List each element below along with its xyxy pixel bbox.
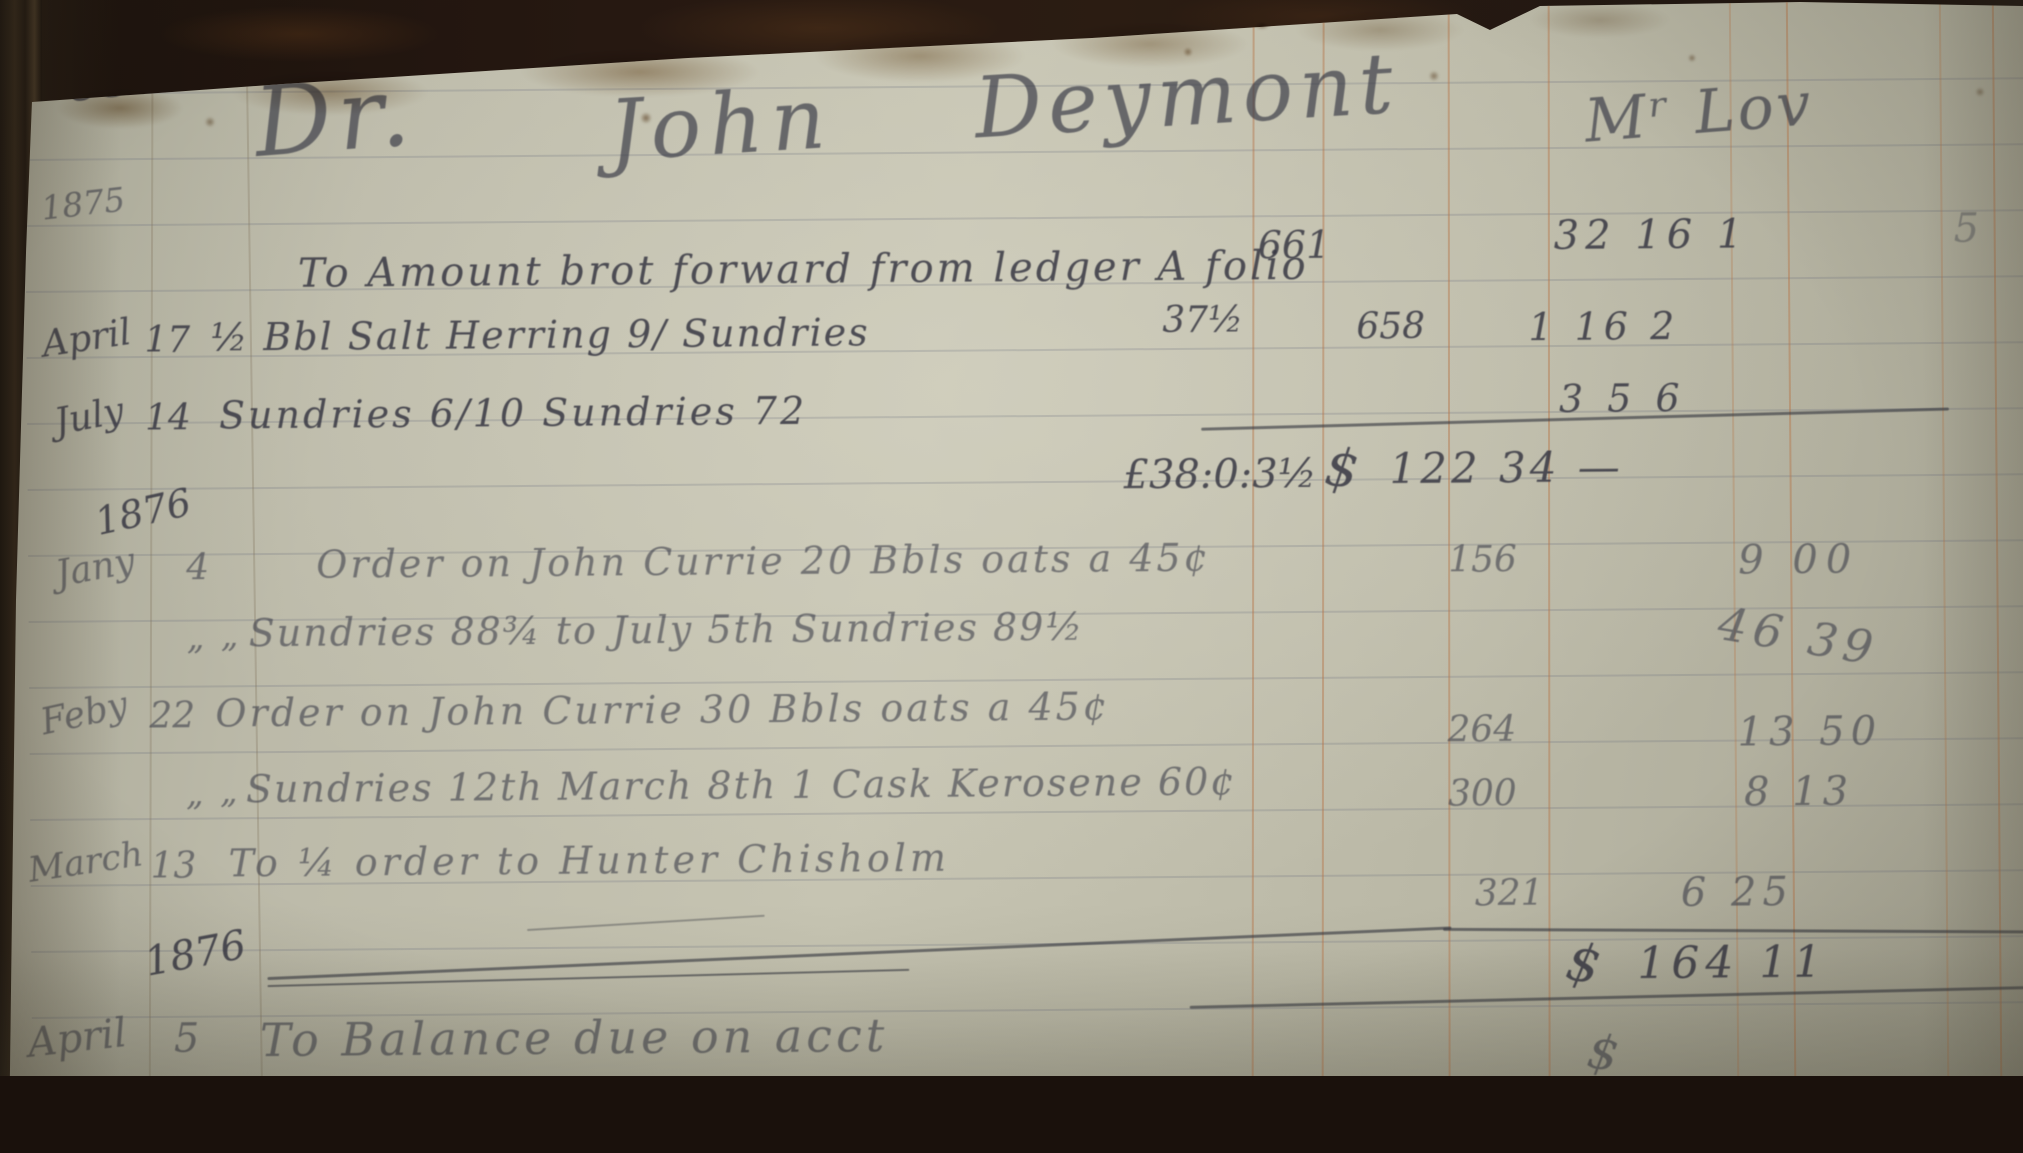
total-rule-top — [1443, 928, 2023, 934]
entry-folio: 300 — [1448, 773, 1517, 815]
entry-day: 17 — [144, 320, 190, 361]
entry-desc: Sundries 12th March 8th 1 Cask Kerosene … — [246, 759, 1237, 811]
heading-surname: Deymont — [972, 34, 1402, 157]
ruled-line — [30, 737, 2023, 755]
folio-column-rule — [1252, 0, 1255, 1076]
entry-day: 4 — [186, 548, 209, 589]
amount-column-rule — [1991, 0, 2002, 1076]
entry-month: April — [25, 1010, 129, 1067]
entry-amount: 1 16 2 — [1528, 304, 1679, 349]
amount-column-rule — [1938, 0, 1949, 1076]
entry-amount: 32 16 1 — [1553, 211, 1748, 259]
year-bottom: 1876 — [141, 922, 249, 986]
subtotal-sterling: £38:0:3½ — [1123, 451, 1316, 499]
entry-folio: 658 — [1356, 306, 1425, 348]
total-currency-sign: $ — [1561, 931, 1605, 996]
entry-amount: 13 50 — [1737, 708, 1882, 755]
entry-folio: 156 — [1448, 539, 1517, 581]
ledger-sheet: 83. 1875 1876 1876 Dr. John Deymont Mʳ L… — [0, 0, 2023, 1076]
entry-desc: Sundries 88¾ to July 5th Sundries 89½ — [249, 605, 1085, 656]
total-amount: 164 11 — [1637, 937, 1827, 989]
entry-amount: 9 00 — [1738, 537, 1859, 584]
column-rule — [149, 0, 154, 1076]
year-top: 1875 — [39, 180, 127, 228]
entry-folio: 321 — [1475, 873, 1544, 915]
entry-folio: 661 — [1258, 223, 1331, 268]
entry-folio: 264 — [1447, 709, 1516, 751]
entry-day: 13 — [150, 846, 196, 887]
ditto-mark: „ — [187, 618, 205, 658]
ditto-mark: „ — [220, 771, 238, 811]
folio-column-rule — [1548, 0, 1551, 1076]
ditto-mark: „ — [221, 615, 239, 655]
subtotal-amount: 122 34 — — [1389, 442, 1624, 493]
entry-qty: 37½ — [1162, 299, 1243, 341]
entry-month: July — [51, 390, 127, 443]
carry-forward-line — [267, 969, 909, 987]
ledger-page: 83. 1875 1876 1876 Dr. John Deymont Mʳ L… — [0, 0, 2023, 1076]
heading-first-name: John — [606, 69, 836, 180]
entry-month: Feby — [37, 684, 131, 743]
flourish-stroke — [527, 915, 765, 931]
entry-desc: To Amount brot forward from ledger A fol… — [298, 243, 1309, 297]
entry-desc: Order on John Currie 20 Bbls oats a 45¢ — [316, 536, 1211, 587]
entry-day: 22 — [149, 696, 195, 737]
entry-desc: ½ Bbl Salt Herring 9/ Sundries — [210, 310, 870, 359]
ledger-photo: 83. 1875 1876 1876 Dr. John Deymont Mʳ L… — [0, 0, 2023, 1076]
entry-month: March — [26, 834, 146, 891]
entry-amount-stray-digit: 5 — [1953, 206, 1979, 252]
folio-column-rule — [1448, 0, 1451, 1076]
entry-desc: Order on John Currie 30 Bbls oats a 45¢ — [215, 684, 1110, 735]
entry-desc: To ¼ order to Hunter Chisholm — [228, 836, 950, 886]
entry-amount: 8 13 — [1744, 769, 1853, 816]
folio-column-rule — [1322, 0, 1325, 1076]
subtotal-currency-sign: $ — [1322, 437, 1363, 501]
ruled-line — [28, 473, 2023, 491]
entry-amount: 3 5 6 — [1559, 376, 1686, 421]
entry-desc: Sundries 6/10 Sundries 72 — [219, 389, 807, 438]
balance-currency-sign: $ — [1583, 1023, 1622, 1076]
entry-desc: To Balance due on acct — [260, 1008, 889, 1067]
entry-day: 14 — [145, 398, 191, 439]
entry-day: 5 — [174, 1016, 200, 1062]
entry-month: Jany — [53, 541, 139, 596]
entry-amount: 6 25 — [1681, 869, 1794, 916]
ditto-mark: „ — [186, 774, 204, 814]
